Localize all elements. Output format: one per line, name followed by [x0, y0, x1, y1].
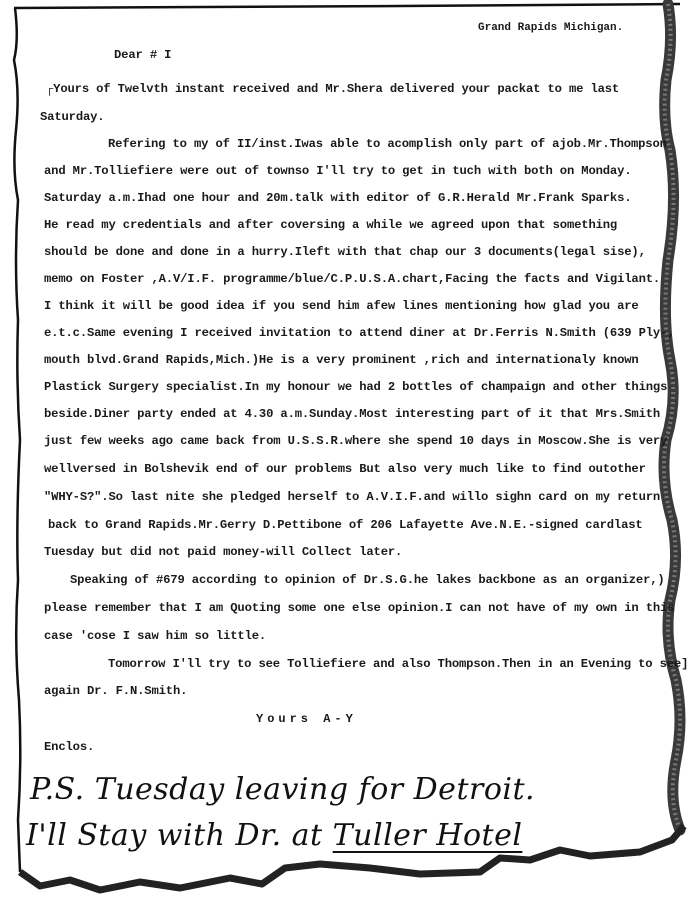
letter-line: back to Grand Rapids.Mr.Gerry D.Pettibon… — [48, 518, 643, 532]
closing-signature: Yours A-Y — [256, 712, 357, 726]
letter-line: ┌Yours of Twelvth instant received and M… — [46, 82, 619, 96]
torn-paper-border — [0, 0, 698, 900]
salutation: Dear # I — [114, 48, 171, 62]
letter-line: Saturday. — [40, 110, 104, 124]
letter-line: again Dr. F.N.Smith. — [44, 684, 187, 698]
letter-line: case 'cose I saw him so little. — [44, 629, 266, 643]
letter-line: Plastick Surgery specialist.In my honour… — [44, 380, 667, 394]
letter-line: and Mr.Tolliefiere were out of townso I'… — [44, 164, 631, 178]
letter-line: e.t.c.Same evening I received invitation… — [44, 326, 674, 340]
letter-line: just few weeks ago came back from U.S.S.… — [44, 434, 667, 448]
letter-line: Saturday a.m.Ihad one hour and 20m.talk … — [44, 191, 631, 205]
letter-line: He read my credentials and after coversi… — [44, 218, 617, 232]
letter-line: should be done and done in a hurry.Ileft… — [44, 245, 646, 259]
letterhead-place: Grand Rapids Michigan. — [478, 22, 623, 34]
letter-line: Tuesday but did not paid money-will Coll… — [44, 545, 402, 559]
letter-line: beside.Diner party ended at 4.30 a.m.Sun… — [44, 407, 660, 421]
letter-line: please remember that I am Quoting some o… — [44, 601, 674, 615]
letter-line: wellversed in Bolshevik end of our probl… — [44, 462, 646, 476]
handwritten-ps-line-2-text: I'll Stay with Dr. at — [26, 818, 333, 853]
handwritten-ps-line-2: I'll Stay with Dr. at Tuller Hotel — [26, 818, 522, 853]
letter-line: Speaking of #679 according to opinion of… — [70, 573, 665, 587]
letter-line: Tomorrow I'll try to see Tolliefiere and… — [108, 657, 688, 671]
hotel-name: Tuller Hotel — [333, 818, 523, 853]
letter-line: "WHY-S?".So last nite she pledged hersel… — [44, 490, 660, 504]
letter-line: Refering to my of II/inst.Iwas able to a… — [108, 137, 667, 151]
letter-line: Enclos. — [44, 740, 94, 754]
letter-line: mouth blvd.Grand Rapids,Mich.)He is a ve… — [44, 353, 639, 367]
handwritten-ps-line-1: P.S. Tuesday leaving for Detroit. — [30, 772, 535, 807]
letter-line: I think it will be good idea if you send… — [44, 299, 639, 313]
letter-line: memo on Foster ,A.V/I.F. programme/blue/… — [44, 272, 660, 286]
